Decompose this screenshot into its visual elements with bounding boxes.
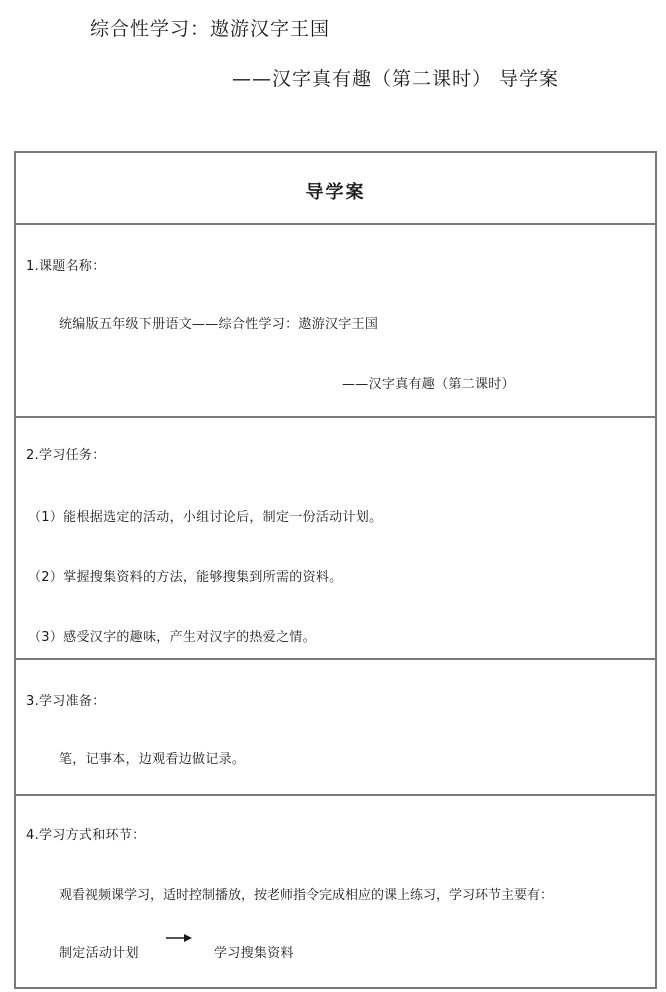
- document-subtitle: ——汉字真有趣（第二课时） 导学案: [232, 64, 559, 91]
- method-content: 观看视频课学习，适时控制播放，按老师指令完成相应的课上练习，学习环节主要有：: [59, 884, 553, 903]
- section-heading: 1.课题名称：: [26, 255, 106, 274]
- table-header-row: 导学案: [16, 153, 655, 225]
- section-lesson-name: 1.课题名称： 统编版五年级下册语文——综合性学习：遨游汉字王国 ——汉字真有趣…: [16, 225, 655, 418]
- task-item: （1）能根据选定的活动，小组讨论后，制定一份活动计划。: [28, 506, 382, 525]
- section-learning-tasks: 2.学习任务： （1）能根据选定的活动，小组讨论后，制定一份活动计划。 （2）掌…: [16, 418, 655, 660]
- section-learning-method: 4.学习方式和环节： 观看视频课学习，适时控制播放，按老师指令完成相应的课上练习…: [16, 796, 655, 987]
- table-header-title: 导学案: [16, 178, 655, 204]
- right-arrow-icon: [166, 933, 192, 943]
- section-heading: 3.学习准备：: [26, 690, 106, 709]
- section-heading: 2.学习任务：: [26, 444, 106, 463]
- section-preparation: 3.学习准备： 笔，记事本，边观看边做记录。: [16, 660, 655, 796]
- section-heading: 4.学习方式和环节：: [26, 824, 145, 843]
- flow-step-1: 制定活动计划: [59, 942, 139, 961]
- lesson-name-line1: 统编版五年级下册语文——综合性学习：遨游汉字王国: [59, 313, 378, 332]
- flow-step-2: 学习搜集资料: [214, 942, 294, 961]
- task-item: （3）感受汉字的趣味，产生对汉字的热爱之情。: [28, 626, 316, 645]
- study-guide-table: 导学案 1.课题名称： 统编版五年级下册语文——综合性学习：遨游汉字王国 ——汉…: [14, 151, 657, 989]
- lesson-name-line2: ——汉字真有趣（第二课时）: [342, 373, 515, 392]
- document-title: 综合性学习：遨游汉字王国: [90, 14, 330, 41]
- task-item: （2）掌握搜集资料的方法，能够搜集到所需的资料。: [28, 566, 342, 585]
- preparation-content: 笔，记事本，边观看边做记录。: [59, 748, 245, 767]
